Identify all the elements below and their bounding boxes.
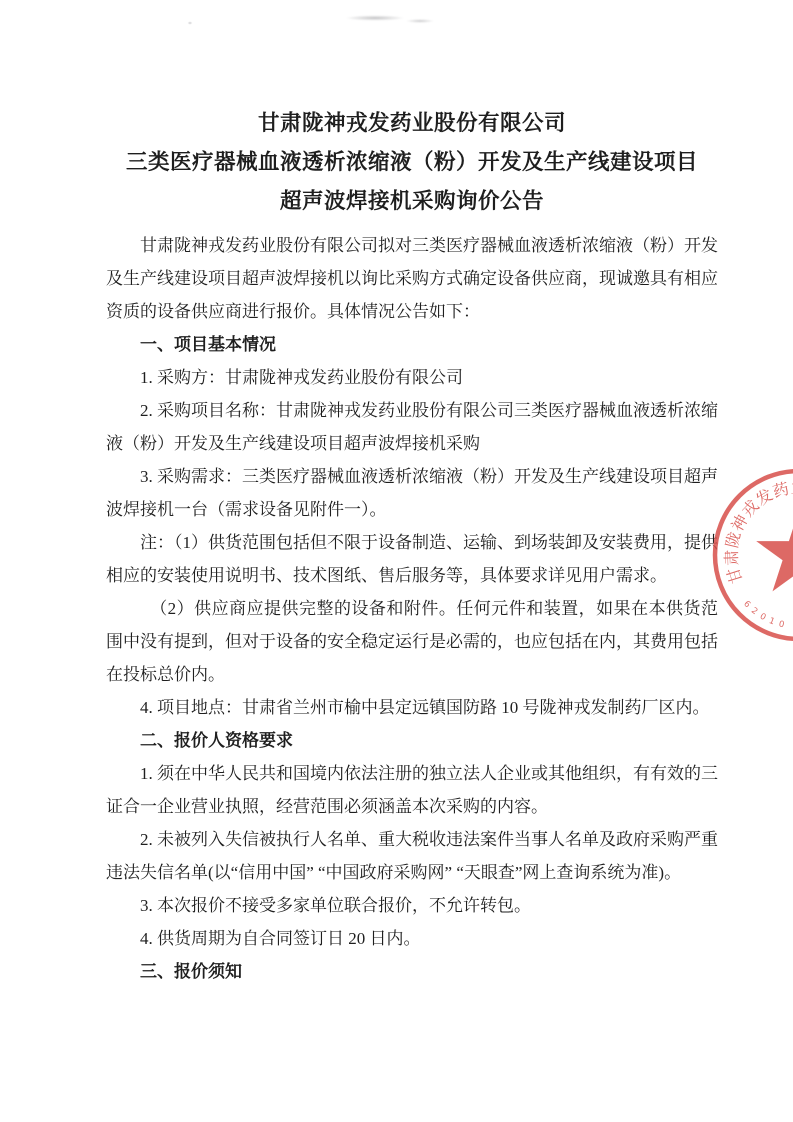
- title-line-2: 三类医疗器械血液透析浓缩液（粉）开发及生产线建设项目: [106, 143, 718, 182]
- qualification-1: 1. 须在中华人民共和国境内依法注册的独立法人企业或其他组织，有有效的三证合一企…: [106, 757, 718, 823]
- scan-smudge: [335, 12, 445, 26]
- item-purchaser: 1. 采购方：甘肃陇神戎发药业股份有限公司: [106, 361, 718, 394]
- document-page: 甘肃陇神戎发药业股份有限公司 三类医疗器械血液透析浓缩液（粉）开发及生产线建设项…: [0, 0, 793, 1122]
- qualification-3: 3. 本次报价不接受多家单位联合报价，不允许转包。: [106, 889, 718, 922]
- paragraph-intro: 甘肃陇神戎发药业股份有限公司拟对三类医疗器械血液透析浓缩液（粉）开发及生产线建设…: [106, 229, 718, 328]
- section-heading-1: 一、项目基本情况: [106, 328, 718, 361]
- document-title: 甘肃陇神戎发药业股份有限公司 三类医疗器械血液透析浓缩液（粉）开发及生产线建设项…: [106, 104, 718, 221]
- seal-serial-number: 62010: [741, 599, 790, 631]
- scan-speck: [186, 20, 194, 26]
- section-heading-2: 二、报价人资格要求: [106, 724, 718, 757]
- title-line-3: 超声波焊接机采购询价公告: [106, 182, 718, 221]
- seal-star-icon: [756, 510, 793, 591]
- item-project-location: 4. 项目地点：甘肃省兰州市榆中县定远镇国防路 10 号陇神戎发制药厂区内。: [106, 691, 718, 724]
- seal-ring-text: 甘肃陇神戎发药业股份有限公司: [722, 479, 793, 586]
- note-2: （2）供应商应提供完整的设备和附件。任何元件和装置，如果在本供货范围中没有提到，…: [106, 592, 718, 691]
- title-line-1: 甘肃陇神戎发药业股份有限公司: [106, 104, 718, 143]
- note-1: 注：（1）供货范围包括但不限于设备制造、运输、到场装卸及安装费用，提供相应的安装…: [106, 526, 718, 592]
- section-heading-3: 三、报价须知: [106, 955, 718, 988]
- document-body: 甘肃陇神戎发药业股份有限公司拟对三类医疗器械血液透析浓缩液（粉）开发及生产线建设…: [106, 229, 718, 988]
- qualification-4: 4. 供货周期为自合同签订日 20 日内。: [106, 922, 718, 955]
- seal-ring: [715, 471, 793, 639]
- qualification-2: 2. 未被列入失信被执行人名单、重大税收违法案件当事人名单及政府采购严重违法失信…: [106, 823, 718, 889]
- item-procurement-demand: 3. 采购需求：三类医疗器械血液透析浓缩液（粉）开发及生产线建设项目超声波焊接机…: [106, 460, 718, 526]
- item-project-name: 2. 采购项目名称：甘肃陇神戎发药业股份有限公司三类医疗器械血液透析浓缩液（粉）…: [106, 394, 718, 460]
